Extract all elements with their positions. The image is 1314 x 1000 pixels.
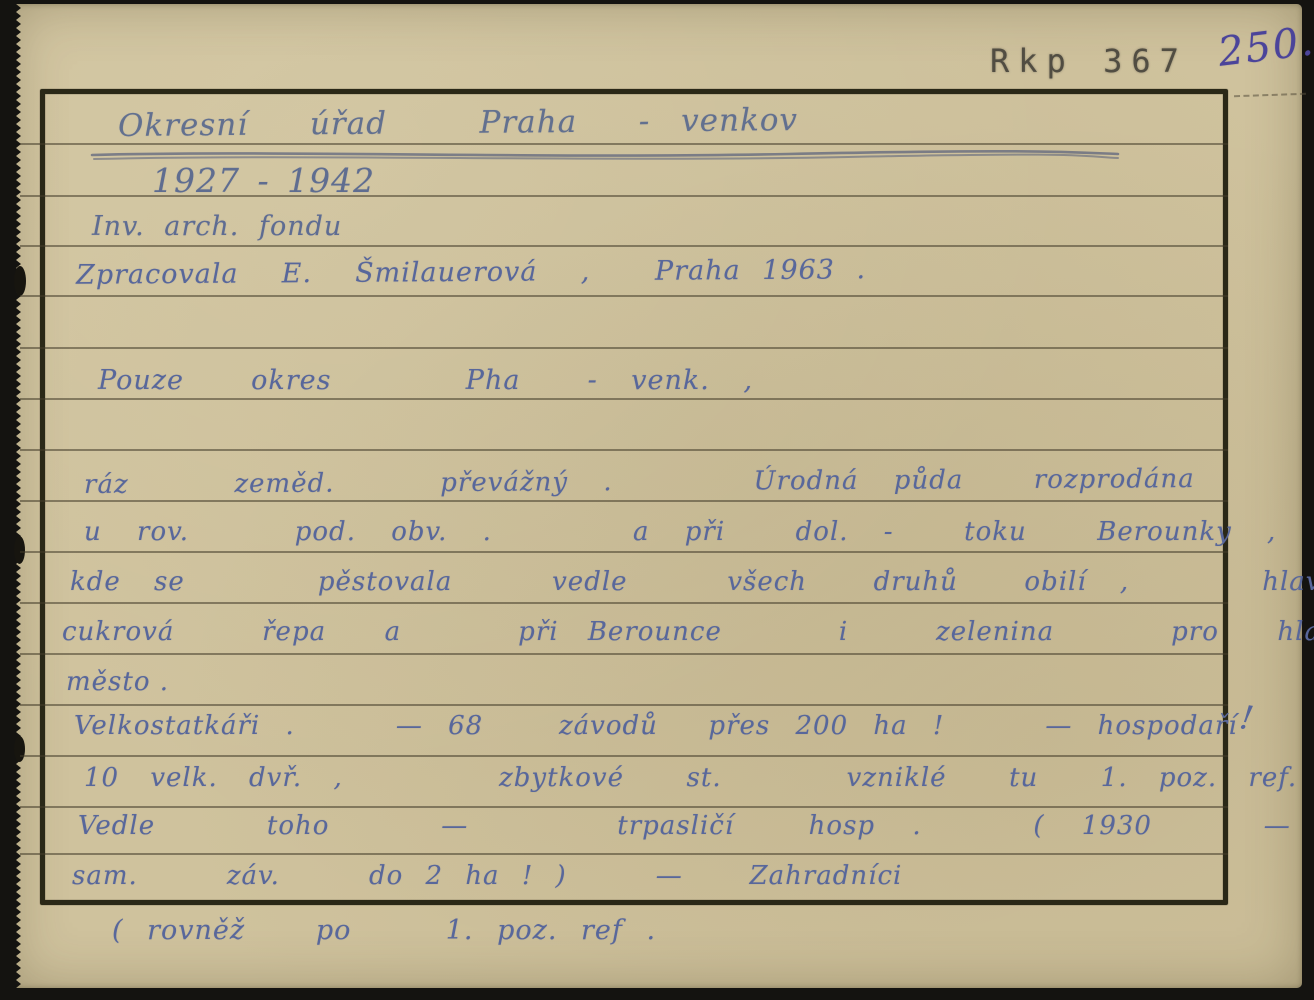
ruled-line: [20, 398, 1228, 400]
handwritten-line: u rov. pod. obv. . a při dol. - toku Ber…: [84, 516, 1276, 549]
ruled-line: [20, 755, 1228, 757]
ruled-line: [20, 449, 1228, 451]
handwritten-line: Pouze okres Pha - venk. ,: [98, 364, 753, 398]
scan-blot: [14, 736, 25, 762]
inventory-note: Inv. arch. fondu: [92, 210, 342, 244]
handwritten-line: ( rovněž po 1. poz. ref .: [112, 914, 656, 948]
handwritten-line: město .: [66, 666, 169, 699]
compiled-by: Zpracovala E. Šmilauerová , Praha 1963 .: [76, 253, 866, 292]
handwritten-line: sam. záv. do 2 ha ! ) — Zahradníci: [72, 860, 902, 893]
handwritten-line: Velkostatkáři . — 68 závodů přes 200 ha …: [74, 710, 1238, 743]
ruled-line: [20, 653, 1228, 655]
ruled-line: [20, 704, 1228, 706]
torn-perforated-edge: [10, 4, 26, 988]
ruled-line: [20, 853, 1228, 855]
ruled-line: [20, 602, 1228, 604]
index-card: Rkp 367 250. Okresní úřad Praha - venkov…: [12, 4, 1302, 988]
handwritten-line: cukrová řepa a při Berounce i zelenina p…: [62, 616, 1314, 649]
margin-exclamation: !: [1237, 697, 1256, 738]
handwritten-line: kde se pěstovala vedle všech druhů obilí…: [70, 566, 1314, 599]
scan-blot: [14, 536, 25, 564]
handwritten-line: ráz zeměd. převážný . Úrodná půda rozpro…: [84, 463, 1195, 501]
card-title: Okresní úřad Praha - venkov: [118, 101, 798, 146]
ruled-line: [20, 806, 1228, 808]
date-range: 1927 - 1942: [152, 160, 375, 201]
scan-blot: [14, 266, 26, 296]
handwritten-line: Vedle toho — trpasličí hosp . ( 1930 — 3…: [78, 810, 1314, 843]
page-number-handwritten: 250.: [1216, 18, 1314, 75]
handwritten-line: 10 velk. dvř. , zbytkové st. vzniklé tu …: [84, 762, 1297, 795]
pencil-dash-mark: [1234, 93, 1306, 98]
manuscript-code-stamp: Rkp 367: [990, 42, 1188, 80]
ruled-line: [20, 245, 1228, 247]
ruled-line: [20, 347, 1228, 349]
torn-edge-path: [10, 4, 21, 988]
ruled-line: [20, 551, 1228, 553]
ruled-line: [20, 295, 1228, 297]
